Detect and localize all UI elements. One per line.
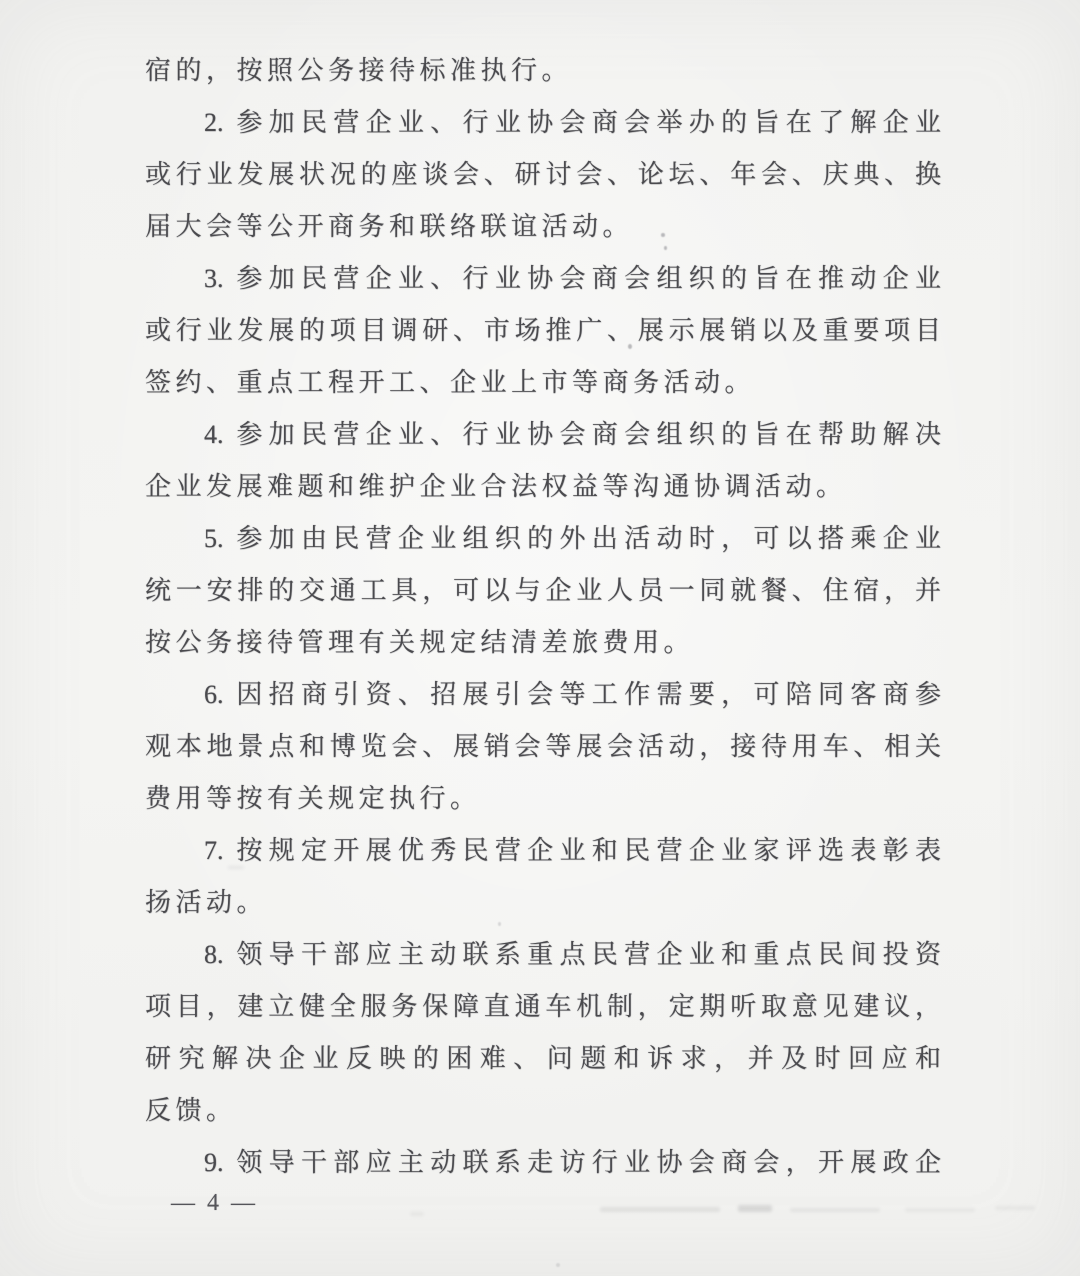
page-number: — 4 — [171, 1186, 258, 1220]
text-line: 7. 按规定开展优秀民营企业和民营企业家评选表彰表 [145, 825, 941, 877]
scan-smudge [995, 1206, 1035, 1210]
text-line: 或行业发展状况的座谈会、研讨会、论坛、年会、庆典、换 [145, 149, 941, 201]
scan-smudge [600, 1207, 720, 1212]
scan-speck [556, 1263, 560, 1267]
text-line: 研究解决企业反映的困难、问题和诉求，并及时回应和 [145, 1033, 941, 1085]
text-line: 2. 参加民营企业、行业协会商会举办的旨在了解企业 [145, 97, 941, 149]
text-line: 3. 参加民营企业、行业协会商会组织的旨在推动企业 [145, 253, 941, 305]
text-line: 4. 参加民营企业、行业协会商会组织的旨在帮助解决 [145, 409, 941, 461]
text-line: 8. 领导干部应主动联系重点民营企业和重点民间投资 [145, 929, 941, 981]
text-line: 签约、重点工程开工、企业上市等商务活动。 [145, 357, 941, 409]
text-line: 6. 因招商引资、招展引会等工作需要，可陪同客商参 [145, 669, 941, 721]
text-line: 5. 参加由民营企业组织的外出活动时，可以搭乘企业 [145, 513, 941, 565]
text-line: 或行业发展的项目调研、市场推广、展示展销以及重要项目 [145, 305, 941, 357]
text-line: 反馈。 [145, 1085, 941, 1137]
text-line: 扬活动。 [145, 877, 941, 929]
text-line: 费用等按有关规定执行。 [145, 773, 941, 825]
document-page: 宿的，按照公务接待标准执行。 2. 参加民营企业、行业协会商会举办的旨在了解企业… [0, 0, 1080, 1276]
scan-smudge [410, 1212, 424, 1216]
scan-smudge [905, 1208, 975, 1212]
text-line: 宿的，按照公务接待标准执行。 [145, 45, 941, 97]
scan-smudge [738, 1205, 772, 1212]
scan-smudge [790, 1208, 880, 1212]
text-line: 观本地景点和博览会、展销会等展会活动，接待用车、相关 [145, 721, 941, 773]
text-line: 届大会等公开商务和联络联谊活动。 [145, 201, 941, 253]
document-body-text: 宿的，按照公务接待标准执行。 2. 参加民营企业、行业协会商会举办的旨在了解企业… [145, 45, 941, 1189]
text-line: 企业发展难题和维护企业合法权益等沟通协调活动。 [145, 461, 941, 513]
text-line: 统一安排的交通工具，可以与企业人员一同就餐、住宿，并 [145, 565, 941, 617]
text-line: 按公务接待管理有关规定结清差旅费用。 [145, 617, 941, 669]
text-line: 项目，建立健全服务保障直通车机制，定期听取意见建议， [145, 981, 941, 1033]
text-line: 9. 领导干部应主动联系走访行业协会商会，开展政企 [145, 1137, 941, 1189]
